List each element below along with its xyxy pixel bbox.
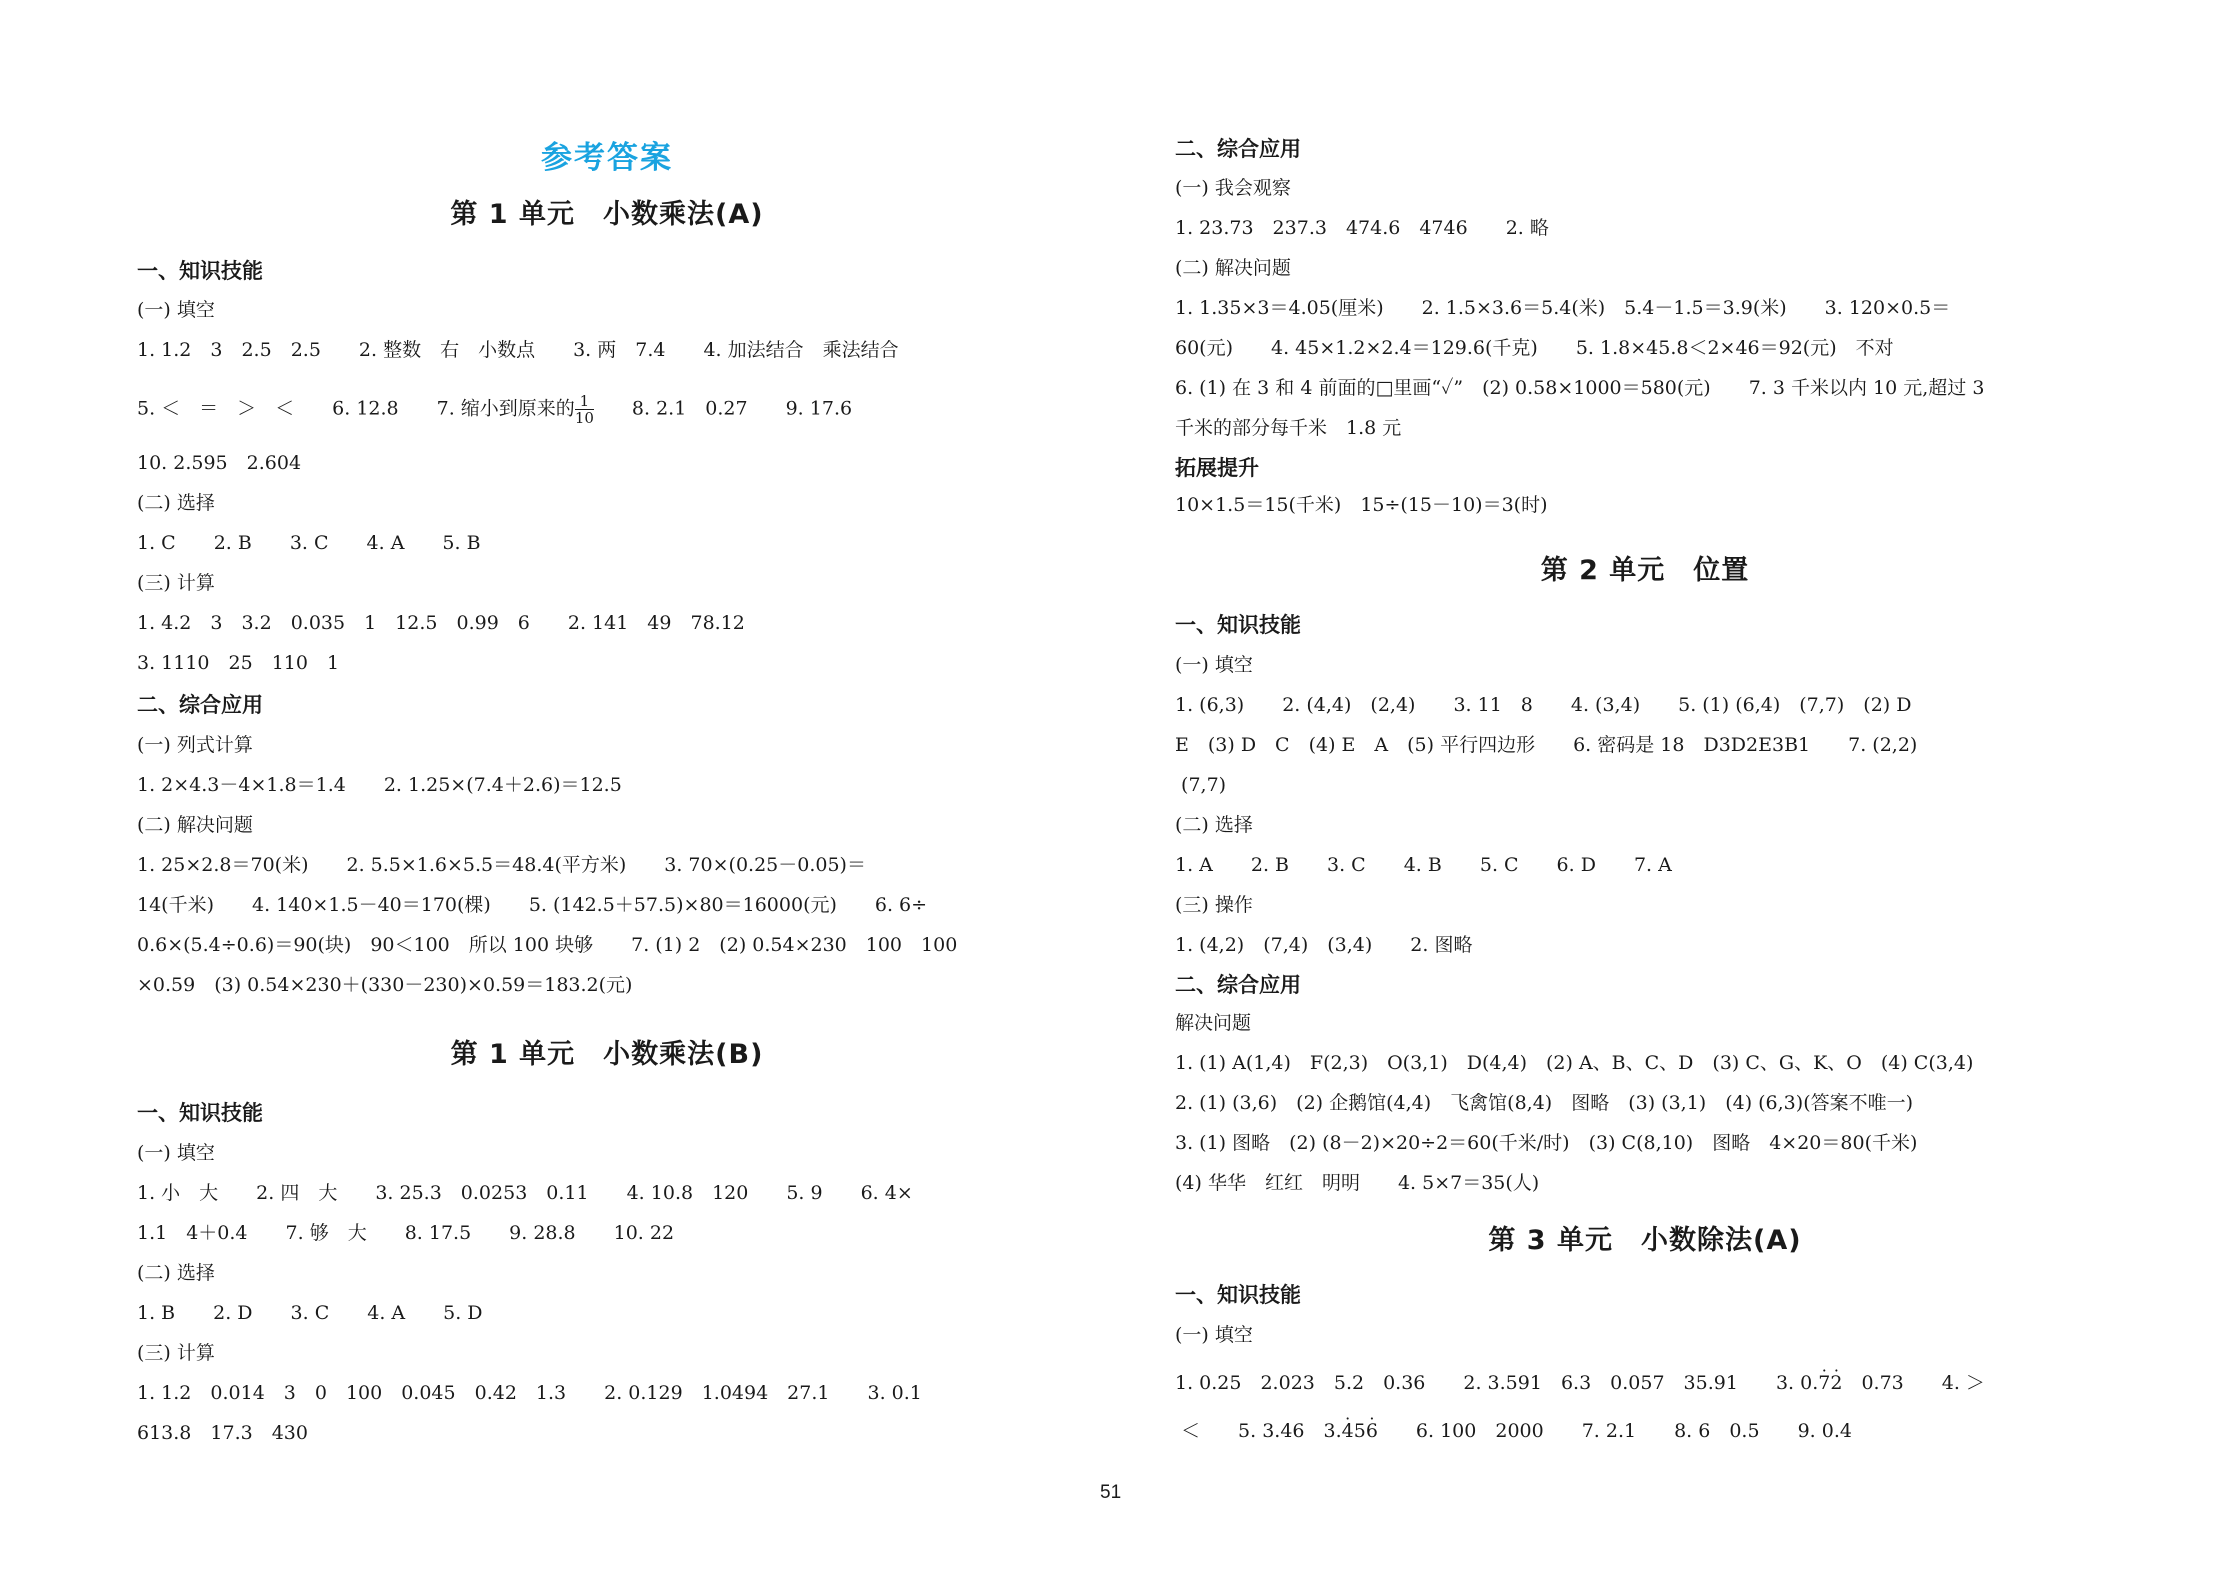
- answer-line: 1. 小 大 2. 四 大 3. 25.3 0.0253 0.11 4. 10.…: [137, 1180, 913, 1206]
- answer-line: 千米的部分每千米 1.8 元: [1175, 415, 1401, 441]
- answer-line: 1. 2×4.3－4×1.8＝1.4 2. 1.25×(7.4＋2.6)＝12.…: [137, 772, 622, 798]
- subsection-operation: (三) 操作: [1175, 892, 1253, 918]
- answer-text: 0.73 4. ＞: [1842, 1372, 1984, 1394]
- subsection-problem-solving: (二) 解决问题: [137, 812, 253, 838]
- repeating-digit: 2: [1830, 1372, 1842, 1394]
- answer-line: 613.8 17.3 430: [137, 1420, 308, 1446]
- answer-text: 5: [1354, 1420, 1366, 1442]
- answer-line: 6. (1) 在 3 和 4 前面的□里画“✓” (2) 0.58×1000＝5…: [1175, 375, 1984, 401]
- answer-line: ×0.59 (3) 0.54×230＋(330－230)×0.59＝183.2(…: [137, 972, 632, 998]
- section-extension: 拓展提升: [1175, 455, 1259, 481]
- section-comprehensive-application: 二、综合应用: [1175, 972, 1301, 998]
- answer-text: 6. 100 2000 7. 2.1 8. 6 0.5 9. 0.4: [1378, 1420, 1852, 1442]
- answer-line: 3. 1110 25 110 1: [137, 650, 339, 676]
- section-knowledge-skills: 一、知识技能: [137, 258, 263, 284]
- fraction-numerator: 1: [575, 393, 594, 410]
- answer-line: 3. (1) 图略 (2) (8－2)×20÷2＝60(千米/时) (3) C(…: [1175, 1130, 1917, 1156]
- section-knowledge-skills: 一、知识技能: [1175, 1282, 1301, 1308]
- answer-line-fraction: 5. ＜ ＝ ＞ ＜ 6. 12.8 7. 缩小到原来的110 8. 2.1 0…: [137, 393, 852, 426]
- answer-line: 0.6×(5.4÷0.6)＝90(块) 90＜100 所以 100 块够 7. …: [137, 932, 957, 958]
- section-knowledge-skills: 一、知识技能: [137, 1100, 263, 1126]
- answer-line: (4) 华华 红红 明明 4. 5×7＝35(人): [1175, 1170, 1539, 1196]
- answer-line: 60(元) 4. 45×1.2×2.4＝129.6(千克) 5. 1.8×45.…: [1175, 335, 1894, 361]
- subsection-observe: (一) 我会观察: [1175, 175, 1291, 201]
- answer-line: 1. 23.73 237.3 474.6 4746 2. 略: [1175, 215, 1549, 241]
- subsection-calculation: (三) 计算: [137, 1340, 215, 1366]
- answer-text: 8. 2.1 0.27 9. 17.6: [594, 398, 852, 420]
- answer-line: 1. C 2. B 3. C 4. A 5. B: [137, 530, 481, 556]
- unit-2-heading: 第 2 单元 位置: [1175, 548, 2115, 587]
- answer-line: 14(千米) 4. 140×1.5－40＝170(棵) 5. (142.5＋57…: [137, 892, 927, 918]
- repeating-digit: 6: [1366, 1420, 1378, 1442]
- subsection-fill-blank: (一) 填空: [137, 1140, 215, 1166]
- unit-1b-heading: 第 1 单元 小数乘法(B): [137, 1032, 1077, 1071]
- answer-line: 1. 1.35×3＝4.05(厘米) 2. 1.5×3.6＝5.4(米) 5.4…: [1175, 295, 1950, 321]
- answer-text: ＜ 5. 3.46 3.: [1175, 1420, 1342, 1442]
- answer-line: 1. 1.2 3 2.5 2.5 2. 整数 右 小数点 3. 两 7.4 4.…: [137, 337, 899, 363]
- answer-line-repeating-decimal: 1. 0.25 2.023 5.2 0.36 2. 3.591 6.3 0.05…: [1175, 1370, 1985, 1396]
- answer-line: 1. 4.2 3 3.2 0.035 1 12.5 0.99 6 2. 141 …: [137, 610, 745, 636]
- subsection-calculation: (三) 计算: [137, 570, 215, 596]
- answer-line-repeating-decimal: ＜ 5. 3.46 3.456 6. 100 2000 7. 2.1 8. 6 …: [1175, 1418, 1852, 1444]
- unit-3a-heading: 第 3 单元 小数除法(A): [1175, 1218, 2115, 1257]
- subsection-multiple-choice: (二) 选择: [1175, 812, 1253, 838]
- answer-line: 1. (4,2) (7,4) (3,4) 2. 图略: [1175, 932, 1472, 958]
- section-comprehensive-application: 二、综合应用: [137, 692, 263, 718]
- subsection-multiple-choice: (二) 选择: [137, 1260, 215, 1286]
- section-knowledge-skills: 一、知识技能: [1175, 612, 1301, 638]
- section-comprehensive-application: 二、综合应用: [1175, 136, 1301, 162]
- answer-line: 1. B 2. D 3. C 4. A 5. D: [137, 1300, 483, 1326]
- answer-line: E (3) D C (4) E A (5) 平行四边形 6. 密码是 18 D3…: [1175, 732, 1917, 758]
- subsection-multiple-choice: (二) 选择: [137, 490, 215, 516]
- answer-key-title: 参考答案: [137, 132, 1077, 177]
- repeating-digit: 7: [1818, 1372, 1830, 1394]
- subsection-fill-blank: (一) 填空: [1175, 652, 1253, 678]
- answer-line: 2. (1) (3,6) (2) 企鹅馆(4,4) 飞禽馆(8,4) 图略 (3…: [1175, 1090, 1913, 1116]
- answer-text: 1. 0.25 2.023 5.2 0.36 2. 3.591 6.3 0.05…: [1175, 1372, 1818, 1394]
- answer-line: (7,7): [1175, 772, 1226, 798]
- subsection-fill-blank: (一) 填空: [1175, 1322, 1253, 1348]
- answer-line: 1. (1) A(1,4) F(2,3) O(3,1) D(4,4) (2) A…: [1175, 1050, 1973, 1076]
- answer-text: 5. ＜ ＝ ＞ ＜ 6. 12.8 7. 缩小到原来的: [137, 398, 575, 420]
- subsection-problem-solving: 解决问题: [1175, 1010, 1251, 1036]
- answer-line: 1. (6,3) 2. (4,4) (2,4) 3. 11 8 4. (3,4)…: [1175, 692, 1912, 718]
- unit-1a-heading: 第 1 单元 小数乘法(A): [137, 192, 1077, 231]
- subsection-fill-blank: (一) 填空: [137, 297, 215, 323]
- answer-line: 1. 1.2 0.014 3 0 100 0.045 0.42 1.3 2. 0…: [137, 1380, 922, 1406]
- subsection-problem-solving: (二) 解决问题: [1175, 255, 1291, 281]
- answer-line: 1. 25×2.8＝70(米) 2. 5.5×1.6×5.5＝48.4(平方米)…: [137, 852, 866, 878]
- answer-line: 10×1.5＝15(千米) 15÷(15－10)＝3(时): [1175, 492, 1548, 518]
- subsection-equation-calc: (一) 列式计算: [137, 732, 253, 758]
- fraction: 110: [575, 393, 594, 426]
- page-number: 51: [1100, 1482, 1121, 1504]
- repeating-digit: 4: [1342, 1420, 1354, 1442]
- fraction-denominator: 10: [575, 410, 594, 426]
- answer-line: 10. 2.595 2.604: [137, 450, 301, 476]
- answer-line: 1. A 2. B 3. C 4. B 5. C 6. D 7. A: [1175, 852, 1672, 878]
- answer-line: 1.1 4＋0.4 7. 够 大 8. 17.5 9. 28.8 10. 22: [137, 1220, 674, 1246]
